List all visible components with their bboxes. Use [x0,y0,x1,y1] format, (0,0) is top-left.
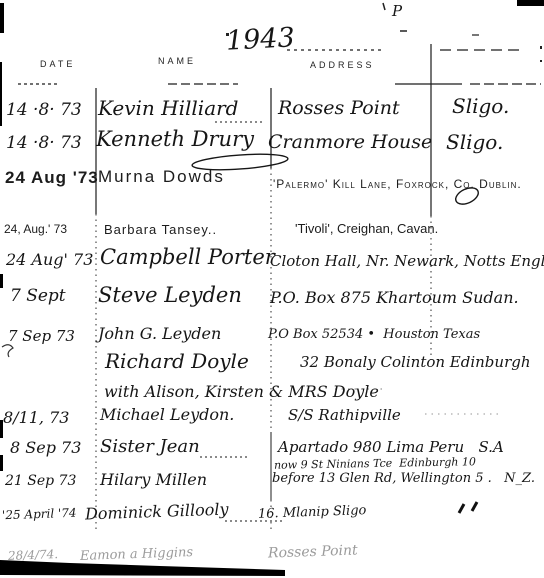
column-header-date: DATE [40,59,75,69]
entry-name: Barbara Tansey.. [104,222,217,237]
entry-address: Apartado 980 Lima Peru S.A [278,438,504,456]
column-header-address: ADDRESS [310,60,375,70]
entry-name: Hilary Millen [100,470,207,489]
entry-name: Michael Leydon. [100,405,234,424]
entry-date: 8 Sep 73 [10,438,81,457]
entry-date: 14 ·8· 73 [6,100,82,120]
entry-address: 'Tivoli', Creighan, Cavan. [295,221,438,236]
entry-date: 14 ·8· 73 [6,133,82,153]
entry-name: John G. Leyden [98,324,221,343]
entry-address: Cranmore House [268,131,432,153]
entry-date: 7 Sep 73 [8,327,75,345]
entry-address-line2: now 9 St Ninians Tce Edinburgh 10 [274,455,476,472]
entry-name: Eamon a Higgins [80,545,194,564]
entry-date: 28/4/74. [8,547,59,563]
entry-address: Rosses Point [268,542,358,561]
entry-date: 24, Aug.' 73 [4,222,67,236]
entry-county: Sligo. [446,130,503,154]
entry-address: Rosses Point [278,97,400,119]
entry-address: 32 Bonaly Colinton Edinburgh [300,353,531,371]
entry-name: Richard Doyle [105,349,249,373]
entry-name: with Alison, Kirsten & MRS Doyle [104,382,379,401]
entry-name: Dominick Gillooly [85,500,229,524]
entry-address: before 13 Glen Rd, Wellington 5 . N_Z. [272,471,535,486]
entry-name: Campbell Porter [100,245,275,269]
entry-date: '25 April '74 [2,506,77,523]
entry-name: Sister Jean [100,436,200,457]
entry-date: 24 Aug' 73 [6,250,93,269]
entry-date: 7 Sept [10,286,66,306]
entry-name: Kevin Hilliard [98,96,239,120]
guestbook-page: 1943 P DATE NAME ADDRESS 14 ·8· 73 Kevin… [0,0,544,578]
entry-address: P.O Box 52534 • Houston Texas [268,327,480,342]
entry-address: 'Palermo' Kill Lane, Foxrock, Co. Dublin… [273,177,522,191]
year-heading: 1943 [225,22,295,57]
corner-ink-mark: P [392,2,402,20]
entry-address: S/S Rathipville [288,406,401,424]
entry-address: Cloton Hall, Nr. Newark, Notts England [270,252,544,270]
entry-county: Sligo. [452,94,509,118]
entry-date: 24 Aug '73 [5,168,99,188]
entry-name: Kenneth Drury [96,127,254,151]
column-header-name: NAME [158,56,196,66]
entry-date: 8/11, 73 [3,408,69,427]
entry-address: 16. Mlanip Sligo [258,503,367,522]
entry-name: Murna Dowds [98,167,225,187]
entry-date: 21 Sep 73 [5,473,76,489]
entry-name: Steve Leyden [98,283,242,307]
entry-address: P.O. Box 875 Khartoum Sudan. [270,288,519,307]
